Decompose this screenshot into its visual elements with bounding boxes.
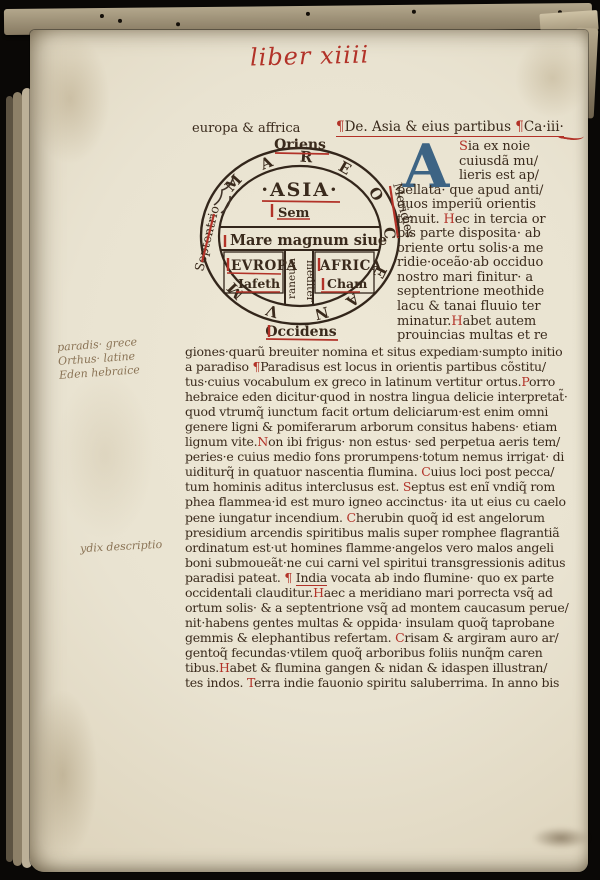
text-line: phea flammea·id est muro igneo accinctus… — [185, 494, 589, 509]
text-line: tus·cuius vocabulum ex greco in latinum … — [185, 374, 589, 389]
book-photo: liber xiiii europa & affrica ¶De. Asia &… — [0, 0, 600, 880]
main-text-block: giones·quarũ breuiter nomina et situs ex… — [185, 344, 589, 690]
text-line: tum hominis aditus interclusus est. Sept… — [185, 479, 589, 494]
text-line: nostro mari finitur· a — [397, 271, 589, 286]
map-label-septentrio: Septentrio — [191, 204, 222, 273]
text-line: uiditurq̃ in quatuor nascentia flumina. … — [185, 464, 589, 479]
ring-letter: N — [313, 303, 331, 324]
map-label-africa: AFRICA — [319, 258, 382, 274]
text-line: nit·habens gentes multas & oppida· insul… — [185, 615, 589, 630]
ring-letter: V — [264, 301, 282, 322]
text-line: gemmis & elephantibus refertam. Crisam &… — [185, 630, 589, 645]
ring-letter: O — [365, 184, 387, 205]
text-line: peries·e cuius medio fons prorumpens·tot… — [185, 449, 589, 464]
text-line: presidium arcendis spiritibus malis supe… — [185, 525, 589, 540]
text-line: ridie·oceão·ab occiduo — [397, 256, 589, 271]
page-edge-stack — [13, 92, 22, 866]
text-line: giones·quarũ breuiter nomina et situs ex… — [185, 344, 589, 359]
right-text-column: Sia ex noie cuiusdã mu/ lieris est ap/ p… — [397, 140, 589, 344]
ring-letter: M — [221, 171, 245, 195]
text-line: cuiusdã mu/ — [397, 155, 589, 170]
text-line: quos imperiũ orientis — [397, 198, 589, 213]
text-line: boni submoueãt·ne cui carni vel spiritui… — [185, 555, 589, 570]
text-line: gentoq̃ fecundas·vtilem quoq̃ arboribus … — [185, 645, 589, 660]
sewing-hole — [100, 14, 104, 18]
book-title-rubric: liber xiiii — [250, 40, 370, 71]
ring-letter: R — [299, 148, 313, 167]
text-line: lieris est ap/ — [397, 169, 589, 184]
text-line: pellata· que apud anti/ — [397, 184, 589, 199]
map-label-occidens: Occidens — [265, 324, 336, 340]
text-line: septentrione meothide — [397, 285, 589, 300]
text-line: tibus.Habet & flumina gangen & nidan & i… — [185, 660, 589, 675]
t-o-map: Oriens Occidens Septentrio Meridies M A … — [183, 130, 417, 348]
text-line: occidentali clauditur.Haec a meridiano m… — [185, 585, 589, 600]
sewing-hole — [176, 22, 180, 26]
text-line: ordinatum est·ut homines flamme·angelos … — [185, 540, 589, 555]
text-line: quod vtrumq̃ iunctum facit ortum delicia… — [185, 404, 589, 419]
map-label-mediterraneum-1: mediter — [304, 260, 316, 303]
ring-letter: E — [335, 157, 354, 178]
text-line: lignum vite.Non ibi frigus· non estus· s… — [185, 434, 589, 449]
page-edge-stack — [6, 96, 13, 862]
text-line: ortum solis· & a septentrione vsq̃ ad mo… — [185, 600, 589, 615]
map-label-europa: EVROPA — [231, 258, 297, 274]
map-label-iafeth: Iafeth — [238, 276, 280, 291]
map-label-mare-magnum: Mare magnum siue — [230, 232, 387, 249]
map-label-cham: Cham — [327, 276, 367, 291]
text-line: a paradiso ¶Paradisus est locus in orien… — [185, 359, 589, 374]
text-line: tenuit. Hec in tercia or — [397, 213, 589, 228]
text-line: tes indos. Terra indie fauonio spiritu s… — [185, 675, 589, 690]
text-line: oriente ortu solis·a me — [397, 242, 589, 257]
text-line: hebraice eden dicitur·quod in nostra lin… — [185, 389, 589, 404]
text-line: genere ligni & pomiferarum arborum consi… — [185, 419, 589, 434]
text-line: prouincias multas et re — [397, 329, 589, 344]
text-line: minatur.Habet autem — [397, 315, 589, 330]
sewing-hole — [412, 10, 416, 14]
text-line: lacu & tanai fluuio ter — [397, 300, 589, 315]
text-line: bis parte disposita· ab — [397, 227, 589, 242]
map-label-asia: ·ASIA· — [261, 179, 338, 201]
text-line: Sia ex noie — [397, 140, 589, 155]
sewing-hole — [306, 12, 310, 16]
text-line: pene iungatur incendium. Cherubin quoq̃ … — [185, 510, 589, 525]
text-line: paradisi pateat. ¶ India vocata ab indo … — [185, 570, 589, 585]
sewing-hole — [118, 19, 122, 23]
page-smudge — [532, 827, 590, 849]
